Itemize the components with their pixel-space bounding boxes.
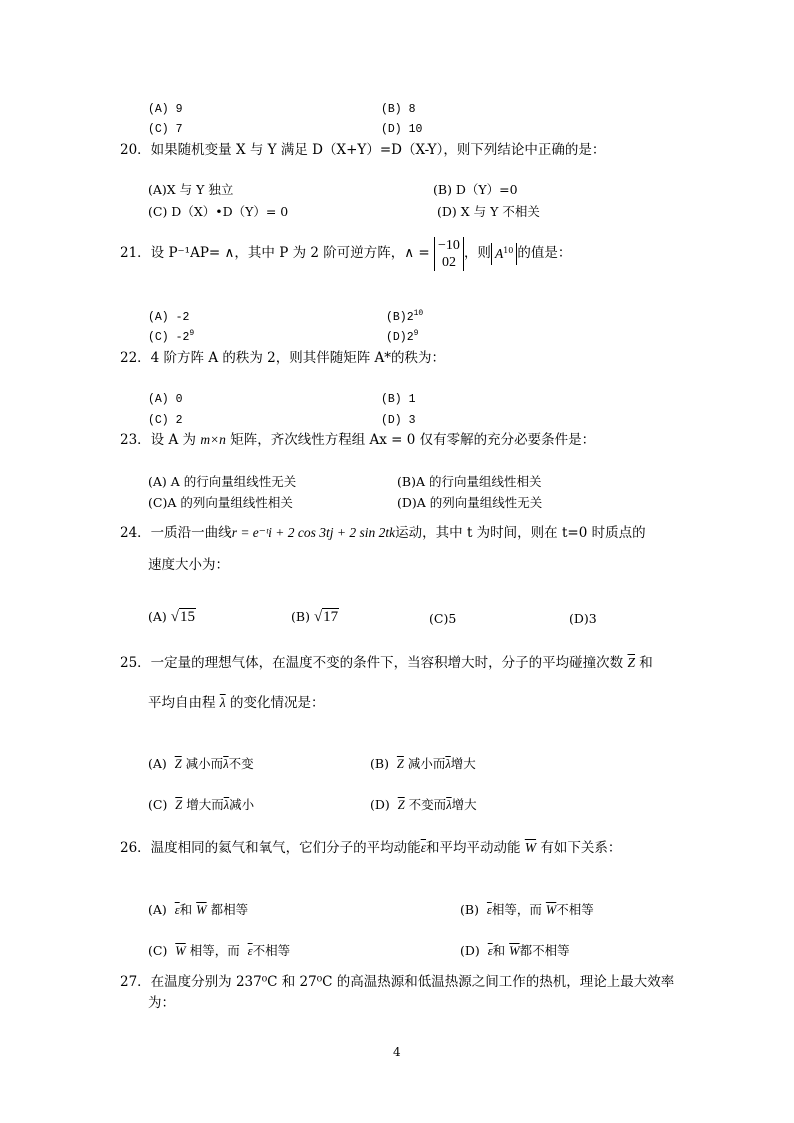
q26-option-a: (A) ε和 W 都相等 bbox=[148, 902, 248, 918]
q22-stem: 22．4 阶方阵 A 的秩为 2，则其伴随矩阵 A*的秩为： bbox=[120, 350, 445, 366]
q23-option-d: (D)A 的列向量组线性无关 bbox=[397, 495, 542, 511]
q24-option-d: (D)3 bbox=[569, 611, 597, 627]
q20-option-c: (C) D（X）•D（Y）= 0 bbox=[148, 204, 288, 220]
page-number: 4 bbox=[393, 1044, 401, 1060]
q21-stem: 21．设 P⁻¹AP= ∧，其中 P 为 2 阶可逆方阵，∧ = −1002，则… bbox=[120, 231, 571, 275]
q22-option-a: (A) 0 bbox=[148, 392, 183, 408]
q19-option-d: (D) 10 bbox=[381, 122, 422, 138]
lambda-bar: λ bbox=[220, 695, 226, 710]
q21-middle: ，则 bbox=[464, 245, 491, 261]
lambda-matrix: −1002 bbox=[434, 237, 464, 271]
q24-line-2: 速度大小为： bbox=[148, 557, 229, 573]
q20-option-b: (B) D（Y）=0 bbox=[433, 182, 518, 198]
q27-line-1: 27．在温度分别为 237⁰C 和 27⁰C 的高温热源和低温热源之间工作的热机… bbox=[120, 974, 674, 990]
determinant-a10: A10 bbox=[491, 243, 517, 265]
q21-option-d: (D)29 bbox=[386, 330, 418, 346]
matrix-row-2: 02 bbox=[442, 255, 456, 270]
q21-option-a: (A) -2 bbox=[148, 310, 189, 326]
q25-line-1: 25．一定量的理想气体，在温度不变的条件下，当容积增大时，分子的平均碰撞次数 Z… bbox=[120, 655, 653, 671]
q25-option-c: (C) Z 增大而λ减小 bbox=[148, 797, 254, 813]
det-exponent: 10 bbox=[503, 246, 513, 255]
mxn-math: m×n bbox=[200, 432, 226, 447]
det-base: A bbox=[495, 246, 503, 261]
q22-option-d: (D) 3 bbox=[381, 413, 416, 429]
q24-line-1: 24．一质沿一曲线r = e⁻ᵗi + 2 cos 3tj + 2 sin 2t… bbox=[120, 525, 646, 541]
q22-option-b: (B) 1 bbox=[381, 392, 416, 408]
q21-option-c: (C) -29 bbox=[148, 330, 194, 346]
q27-line-2: 为： bbox=[148, 995, 175, 1011]
q21-suffix: 的值是： bbox=[517, 245, 571, 261]
q23-option-b: (B)A 的行向量组线性相关 bbox=[397, 474, 541, 490]
z-bar: Z bbox=[627, 655, 635, 670]
q26-stem: 26．温度相同的氦气和氧气，它们分子的平均动能ε和平均平动动能 W 有如下关系： bbox=[120, 840, 621, 856]
q26-option-c: (C) W 相等，而 ε不相等 bbox=[148, 943, 290, 959]
q23-option-c: (C)A 的列向量组线性相关 bbox=[148, 495, 293, 511]
q19-option-c: (C) 7 bbox=[148, 122, 183, 138]
q25-line-2: 平均自由程 λ 的变化情况是： bbox=[148, 695, 324, 711]
q23-option-a: (A) A 的行向量组线性无关 bbox=[148, 474, 296, 490]
w-bar: W bbox=[525, 840, 536, 855]
q24-option-c: (C)5 bbox=[429, 611, 456, 627]
q21-option-b: (B)210 bbox=[386, 310, 423, 326]
q25-option-d: (D) Z 不变而λ增大 bbox=[370, 797, 477, 813]
q20-stem: 20．如果随机变量 X 与 Y 满足 D（X+Y）=D（X-Y），则下列结论中正… bbox=[120, 142, 605, 158]
position-formula: r = e⁻ᵗi + 2 cos 3tj + 2 sin 2tk bbox=[232, 525, 395, 540]
matrix-row-1: −10 bbox=[438, 238, 460, 253]
q23-stem: 23．设 A 为 m×n 矩阵，齐次线性方程组 Ax = 0 仅有零解的充分必要… bbox=[120, 432, 595, 448]
q21-prefix: 21．设 P⁻¹AP= ∧，其中 P 为 2 阶可逆方阵，∧ = bbox=[120, 245, 430, 261]
q19-option-b: (B) 8 bbox=[381, 102, 416, 118]
q24-option-b: (B) √17 bbox=[291, 609, 339, 625]
sqrt-icon: √17 bbox=[314, 608, 339, 625]
q24-option-a: (A) √15 bbox=[148, 609, 196, 625]
q26-option-b: (B) ε相等，而 W不相等 bbox=[460, 902, 594, 918]
sqrt-icon: √15 bbox=[171, 608, 196, 625]
q26-option-d: (D) ε和 W都不相等 bbox=[460, 943, 570, 959]
q25-option-a: (A) Z 减小而λ不变 bbox=[148, 756, 254, 772]
q25-option-b: (B) Z 减小而λ增大 bbox=[370, 756, 476, 772]
q20-option-d: (D) X 与 Y 不相关 bbox=[437, 204, 540, 220]
q22-option-c: (C) 2 bbox=[148, 413, 183, 429]
q19-option-a: (A) 9 bbox=[148, 102, 183, 118]
q20-option-a: (A)X 与 Y 独立 bbox=[148, 182, 233, 198]
